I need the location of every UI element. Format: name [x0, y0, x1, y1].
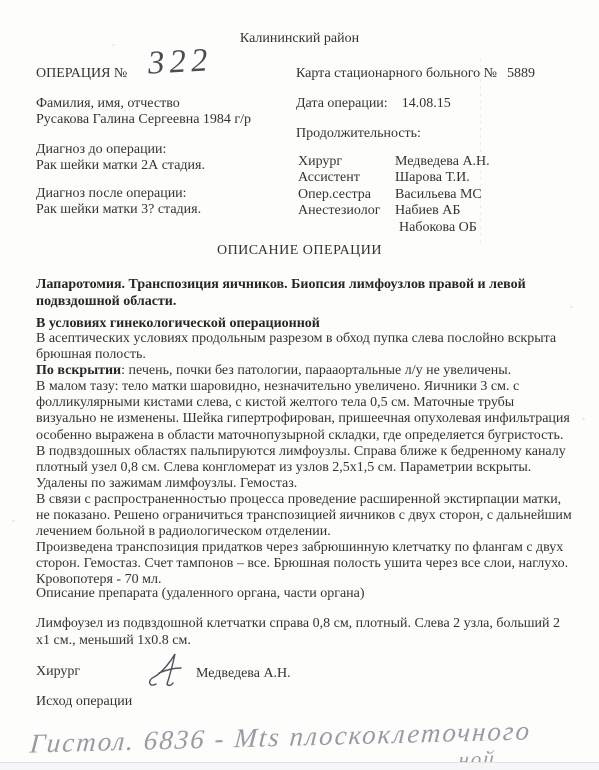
operation-label: ОПЕРАЦИЯ № — [36, 66, 127, 81]
description-heading: ОПИСАНИЕ ОПЕРАЦИИ — [0, 243, 599, 259]
card-number: 5889 — [507, 66, 535, 81]
team-role: Ассистент — [298, 170, 395, 186]
paragraph-decision: В связи с распространенностью процесса п… — [36, 492, 572, 540]
specimen-description: Лимфоузел из подвздошной клетчатки справ… — [36, 616, 572, 650]
team-role — [298, 220, 395, 236]
paragraph-inspection: По вскрытии: печень, почки без патологии… — [36, 363, 572, 379]
team-row-assistant: Ассистент Шарова Т.И. — [298, 170, 578, 186]
team-name: Васильева МС — [395, 187, 482, 203]
diagnosis-after-value: Рак шейки матки 3? стадия. — [36, 202, 201, 218]
team-row-surgeon: Хирург Медведева А.Н. — [298, 154, 578, 170]
operation-number-row: ОПЕРАЦИЯ № — [36, 66, 127, 82]
team-role: Хирург — [298, 154, 395, 170]
scan-speck — [112, 44, 115, 46]
diagnosis-after-label: Диагноз после операции: — [36, 186, 201, 202]
card-label: Карта стационарного больного № — [296, 66, 497, 81]
specimen-heading: Описание препарата (удаленного органа, ч… — [36, 586, 365, 602]
surgeon-name: Медведева А.Н. — [196, 666, 291, 682]
scan-speck — [582, 418, 585, 420]
scan-artifact-line — [480, 58, 481, 243]
operation-number-handwritten: 322 — [147, 42, 213, 82]
scan-speck — [570, 306, 573, 308]
surgeon-label: Хирург — [36, 664, 80, 680]
duration-label: Продолжительность: — [296, 126, 421, 142]
patient-block: Фамилия, имя, отчество Русакова Галина С… — [36, 96, 251, 129]
paragraph-incision: В асептических условиях продольным разре… — [36, 331, 572, 363]
paragraph-inspection-rest: : печень, почки без патологии, парааорта… — [121, 363, 511, 378]
operation-title: Лапаротомия. Транспозиция яичников. Биоп… — [36, 276, 536, 310]
paragraph-inspection-lead: По вскрытии — [36, 363, 121, 378]
team-name: Набокова ОБ — [399, 220, 477, 236]
operation-date-row: Дата операции:14.08.15 — [296, 96, 451, 112]
paragraph-pelvis-findings: В малом тазу: тело матки шаровидно, незн… — [36, 379, 572, 492]
team-name: Шарова Т.И. — [395, 170, 470, 186]
patient-name: Русакова Галина Сергеевна 1984 г/р — [36, 112, 251, 128]
operation-description-body: В асептических условиях продольным разре… — [36, 331, 572, 589]
diagnosis-before-label: Диагноз до операции: — [36, 142, 205, 158]
diagnosis-before-block: Диагноз до операции: Рак шейки матки 2А … — [36, 142, 205, 175]
date-label: Дата операции: — [296, 96, 388, 111]
card-number-row: Карта стационарного больного №5889 — [296, 66, 535, 82]
team-row-op-nurse: Опер.сестра Васильева МС — [298, 187, 578, 203]
surgeon-signature-icon — [146, 651, 190, 691]
operation-report-scan: Калининский район ОПЕРАЦИЯ № 322 Карта с… — [0, 0, 599, 770]
conditions-heading: В условиях гинекологической операционной — [36, 316, 320, 332]
diagnosis-after-block: Диагноз после операции: Рак шейки матки … — [36, 186, 201, 219]
team-name: Набиев АБ — [395, 203, 460, 219]
outcome-label: Исход операции — [36, 694, 132, 710]
team-name: Медведева А.Н. — [395, 154, 490, 170]
scan-edge — [0, 762, 599, 770]
scan-speck — [12, 520, 15, 522]
team-row-anesthesiologist: Анестезиолог Набиев АБ — [298, 203, 578, 219]
diagnosis-before-value: Рак шейки матки 2А стадия. — [36, 158, 205, 174]
district-title: Калининский район — [0, 31, 599, 47]
date-value: 14.08.15 — [402, 96, 451, 111]
paragraph-transposition: Произведена транспозиция придатков через… — [36, 540, 572, 572]
team-row-anesthesiologist-2: Набокова ОБ — [298, 220, 578, 236]
team-role: Опер.сестра — [298, 187, 395, 203]
team-role: Анестезиолог — [298, 203, 395, 219]
patient-label: Фамилия, имя, отчество — [36, 96, 251, 112]
surgical-team-list: Хирург Медведева А.Н. Ассистент Шарова Т… — [298, 154, 578, 236]
